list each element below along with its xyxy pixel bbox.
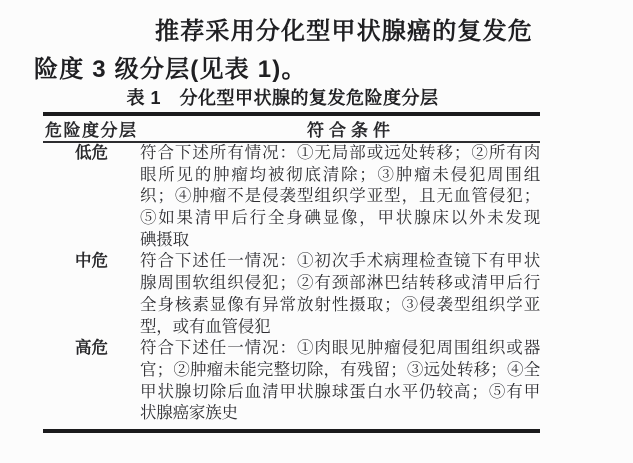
- recurrence-risk-table: 危险度分层 符合条件 低危 符合下述所有情况：①无局部或远处转移；②所有肉 眼所…: [43, 112, 540, 433]
- table-header-row: 危险度分层 符合条件: [43, 116, 540, 141]
- criteria-line: 甲状腺切除后血清甲状腺球蛋白水平仍较高；⑤有甲: [140, 382, 540, 404]
- body-paragraph-line-2: 险度 3 级分层(见表 1)。: [34, 49, 307, 84]
- column-header-risk-level: 危险度分层: [43, 116, 140, 141]
- criteria-line: 官；②肿瘤未能完整切除，有残留；③远处转移；④全: [140, 360, 540, 382]
- criteria-line: 符合下述任一情况：①肉眼见肿瘤侵犯周围组织或器: [140, 338, 540, 360]
- criteria-line: 眼所见的肿瘤均被彻底清除；③肿瘤未侵犯周围组: [140, 165, 540, 187]
- criteria-line: 符合下述任一情况：①初次手术病理检查镜下有甲状: [140, 251, 540, 273]
- criteria-line: 织；④肿瘤不是侵袭型组织学亚型，且无血管侵犯；: [140, 186, 540, 208]
- column-header-criteria: 符合条件: [140, 116, 540, 141]
- row-label-intermediate-risk: 中危: [43, 251, 140, 338]
- scanned-document-page: 推荐采用分化型甲状腺癌的复发危 险度 3 级分层(见表 1)。 表 1 分化型甲…: [0, 0, 633, 463]
- criteria-line: ⑤如果清甲后行全身碘显像，甲状腺床以外未发现: [140, 208, 540, 230]
- table-row-intermediate-risk: 中危 符合下述任一情况：①初次手术病理检查镜下有甲状 腺周围软组织侵犯；②有颈部…: [43, 251, 540, 338]
- criteria-line: 状腺癌家族史: [140, 403, 540, 425]
- criteria-line: 腺周围软组织侵犯；②有颈部淋巴结转移或清甲后行: [140, 273, 540, 295]
- row-label-low-risk: 低危: [43, 143, 140, 251]
- table-body: 低危 符合下述所有情况：①无局部或远处转移；②所有肉 眼所见的肿瘤均被彻底清除；…: [43, 143, 540, 425]
- body-paragraph-line-1: 推荐采用分化型甲状腺癌的复发危: [155, 11, 533, 46]
- criteria-line: 碘摄取: [140, 230, 540, 252]
- row-label-high-risk: 高危: [43, 338, 140, 425]
- table-caption: 表 1 分化型甲状腺的复发危险度分层: [43, 84, 540, 110]
- criteria-line: 型，或有血管侵犯: [140, 317, 540, 339]
- table-bottom-rule: [43, 429, 540, 433]
- criteria-line: 符合下述所有情况：①无局部或远处转移；②所有肉: [140, 143, 540, 165]
- table-row-high-risk: 高危 符合下述任一情况：①肉眼见肿瘤侵犯周围组织或器 官；②肿瘤未能完整切除，有…: [43, 338, 540, 425]
- criteria-low-risk: 符合下述所有情况：①无局部或远处转移；②所有肉 眼所见的肿瘤均被彻底清除；③肿瘤…: [140, 143, 540, 251]
- table-row-low-risk: 低危 符合下述所有情况：①无局部或远处转移；②所有肉 眼所见的肿瘤均被彻底清除；…: [43, 143, 540, 251]
- criteria-high-risk: 符合下述任一情况：①肉眼见肿瘤侵犯周围组织或器 官；②肿瘤未能完整切除，有残留；…: [140, 338, 540, 425]
- criteria-intermediate-risk: 符合下述任一情况：①初次手术病理检查镜下有甲状 腺周围软组织侵犯；②有颈部淋巴结…: [140, 251, 540, 338]
- criteria-line: 全身核素显像有异常放射性摄取；③侵袭型组织学亚: [140, 295, 540, 317]
